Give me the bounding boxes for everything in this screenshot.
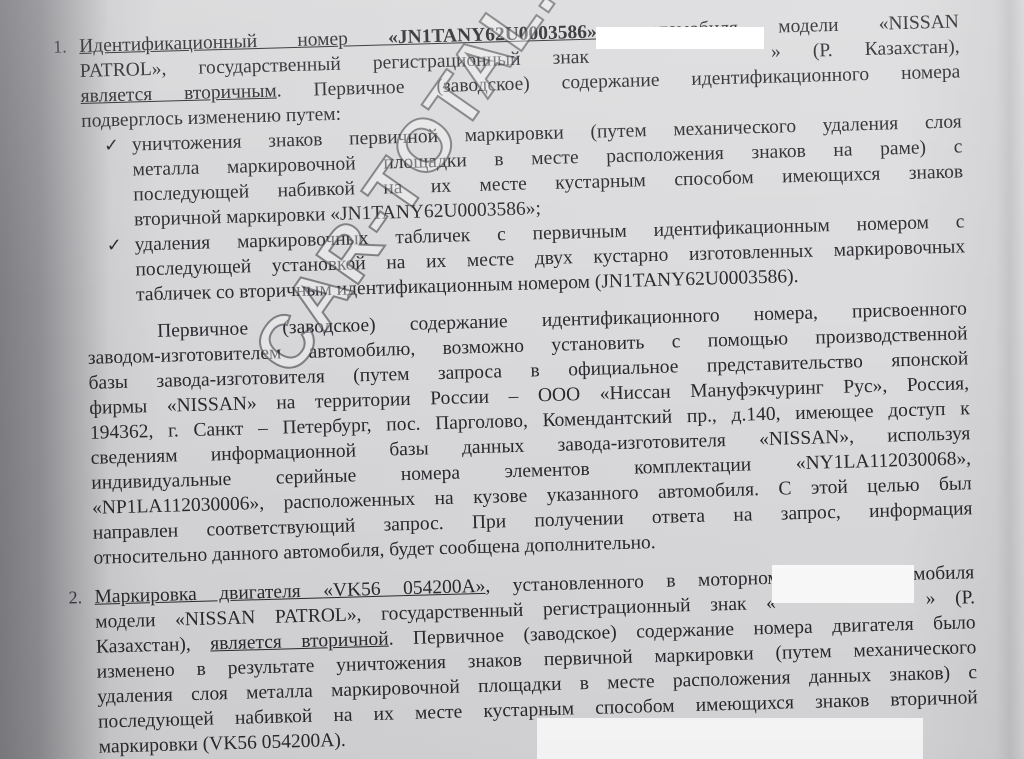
redaction-box (537, 718, 923, 759)
text-span: » (Р. Казахстан), (771, 36, 960, 62)
methods-list: ✓уничтожения знаков первичной маркировки… (82, 109, 967, 309)
underlined-text: «VK56 054200A» (323, 576, 486, 602)
document-body: 1. Идентификационный номер «JN1TANY62U00… (78, 0, 979, 759)
text-span: маркировки (VK56 054200A). (98, 730, 345, 758)
underlined-text: является вторичной (210, 629, 389, 655)
redacted-plate (621, 58, 771, 62)
redacted-plate (776, 605, 926, 609)
checkmark-icon: ✓ (106, 233, 135, 259)
paragraph-primary-number: Первичное (заводское) содержание идентиф… (87, 296, 974, 570)
text-span: Казахстан), (96, 634, 211, 658)
redaction-box (596, 27, 764, 49)
redaction-box (772, 565, 914, 603)
text-span: » (Р. (925, 587, 975, 609)
section-number: 1. (53, 34, 67, 59)
section-number: 2. (68, 585, 82, 610)
scanned-page: 1. Идентификационный номер «JN1TANY62U00… (0, 0, 1024, 759)
underlined-text: является вторичным (80, 80, 277, 106)
checkmark-icon: ✓ (104, 133, 133, 159)
